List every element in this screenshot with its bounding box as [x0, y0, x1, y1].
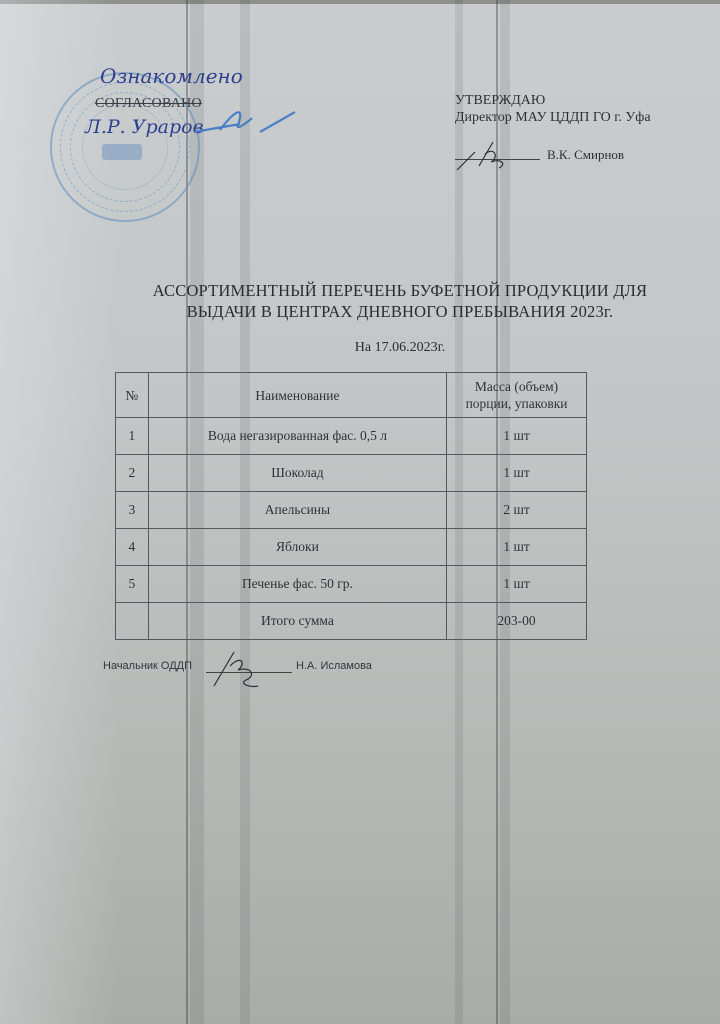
agreed-label: СОГЛАСОВАНО	[95, 96, 202, 112]
table-total-row: Итого сумма 203-00	[116, 603, 587, 640]
total-label: Итого сумма	[148, 603, 446, 640]
header-name: Наименование	[148, 373, 446, 418]
document-title: АССОРТИМЕНТНЫЙ ПЕРЕЧЕНЬ БУФЕТНОЙ ПРОДУКЦ…	[100, 280, 700, 322]
total-value: 203-00	[447, 603, 587, 640]
official-stamp	[50, 72, 200, 222]
products-table: № Наименование Масса (объем) порции, упа…	[115, 372, 587, 640]
title-line-2: ВЫДАЧИ В ЦЕНТРАХ ДНЕВНОГО ПРЕБЫВАНИЯ 202…	[100, 301, 700, 322]
row-num: 5	[116, 566, 149, 603]
row-name: Шоколад	[148, 455, 446, 492]
row-num: 4	[116, 529, 149, 566]
footer-signatory: Н.А. Исламова	[296, 660, 372, 672]
row-name: Апельсины	[148, 492, 446, 529]
handwritten-name: Л.Р. Ураров	[85, 116, 204, 138]
table-row: 4 Яблоки 1 шт	[116, 529, 587, 566]
row-num: 1	[116, 418, 149, 455]
approval-heading: УТВЕРЖДАЮ	[455, 92, 651, 109]
approval-signature: В.К. Смирнов	[455, 142, 685, 172]
row-mass: 1 шт	[447, 566, 587, 603]
document-date: На 17.06.2023г.	[100, 340, 700, 356]
header-mass: Масса (объем) порции, упаковки	[447, 373, 587, 418]
table-row: 5 Печенье фас. 50 гр. 1 шт	[116, 566, 587, 603]
header-mass-line-1: Масса (объем)	[447, 378, 586, 395]
approval-position: Директор МАУ ЦДДП ГО г. Уфа	[455, 109, 651, 126]
row-mass: 1 шт	[447, 529, 587, 566]
footer-position: Начальник ОДДП	[103, 660, 192, 672]
approval-signatory: В.К. Смирнов	[547, 147, 624, 163]
table-row: 2 Шоколад 1 шт	[116, 455, 587, 492]
table-row: 3 Апельсины 2 шт	[116, 492, 587, 529]
row-num: 2	[116, 455, 149, 492]
row-mass: 1 шт	[447, 418, 587, 455]
row-name: Печенье фас. 50 гр.	[148, 566, 446, 603]
approval-block: УТВЕРЖДАЮ Директор МАУ ЦДДП ГО г. Уфа	[455, 92, 651, 126]
row-num: 3	[116, 492, 149, 529]
header-mass-line-2: порции, упаковки	[447, 395, 586, 412]
row-mass: 2 шт	[447, 492, 587, 529]
total-num	[116, 603, 149, 640]
header-num: №	[116, 373, 149, 418]
row-mass: 1 шт	[447, 455, 587, 492]
handwritten-note: Ознакомлено	[100, 64, 243, 88]
row-name: Яблоки	[148, 529, 446, 566]
signature-scribble-icon	[455, 136, 535, 172]
title-line-1: АССОРТИМЕНТНЫЙ ПЕРЕЧЕНЬ БУФЕТНОЙ ПРОДУКЦ…	[100, 280, 700, 301]
table-header-row: № Наименование Масса (объем) порции, упа…	[116, 373, 587, 418]
row-name: Вода негазированная фас. 0,5 л	[148, 418, 446, 455]
signature-scribble-icon	[212, 646, 272, 692]
signature-scribble-icon	[190, 100, 300, 140]
stamp-emblem-icon	[102, 144, 142, 160]
table-row: 1 Вода негазированная фас. 0,5 л 1 шт	[116, 418, 587, 455]
